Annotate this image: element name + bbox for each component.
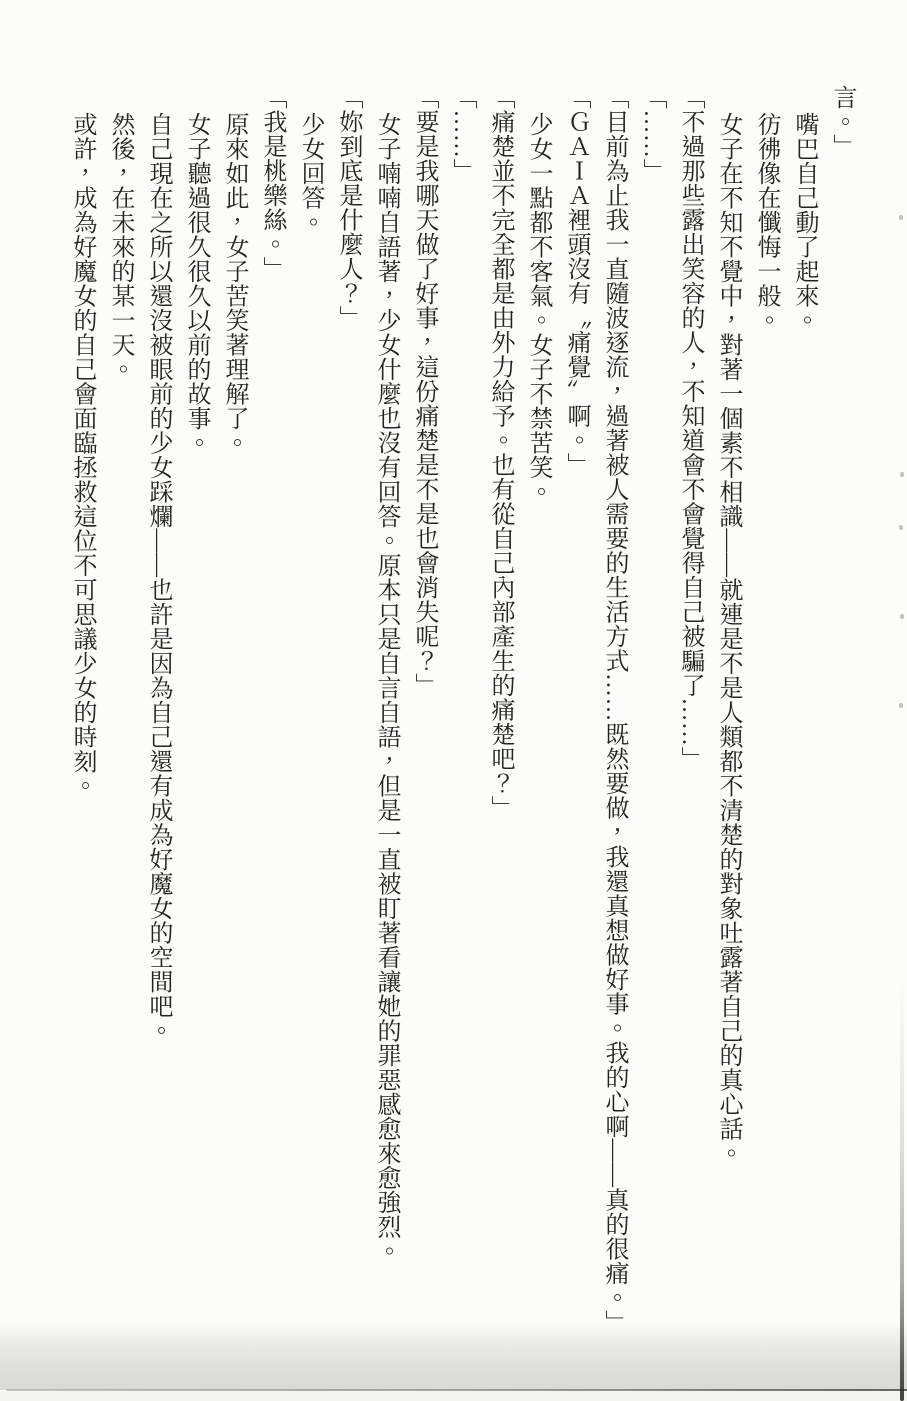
paragraph: 然後，在未來的某一天。 [101,85,139,1330]
paragraph: 自己現在之所以還沒被眼前的少女踩爛——也許是因為自己還有成為好魔女的空間吧。 [139,85,177,1330]
scan-speck [900,472,904,477]
paragraph: 女子喃喃自語著，少女什麼也沒有回答。原本只是自言自語，但是一直被盯著看讓她的罪惡… [367,85,405,1330]
paragraph: 彷彿像在懺悔一般。 [747,85,785,1330]
scan-speck [900,614,904,619]
paragraph: 「……」 [443,85,481,1330]
paragraph: 「要是我哪天做了好事，這份痛楚是不是也會消失呢？」 [405,85,443,1330]
paragraph: 「ＧＡＩＡ裡頭沒有〝痛覺〞啊。」 [557,85,595,1330]
paragraph: 「我是桃樂絲。」 [253,85,291,1330]
paragraph: 女子在不知不覺中，對著一個素不相識——就連是不是人類都不清楚的對象吐露著自己的真… [709,85,747,1330]
scan-speck [899,525,903,530]
scanned-page: 言。」嘴巴自己動了起來。彷彿像在懺悔一般。女子在不知不覺中，對著一個素不相識——… [0,0,907,1401]
paragraph: 「……」 [633,85,671,1330]
paragraph: 「不過那些露出笑容的人，不知道會不會覺得自己被騙了……」 [671,85,709,1330]
paragraph: 嘴巴自己動了起來。 [785,85,823,1330]
paragraph: 言。」 [823,85,861,1330]
scan-speck [899,703,903,708]
paragraph: 女子聽過很久很久以前的故事。 [177,85,215,1330]
scan-edge-line-right [900,980,904,1401]
paragraph: 「目前為止我一直隨波逐流，過著被人需要的生活方式……既然要做，我還真想做好事。我… [595,85,633,1330]
novel-text-block: 言。」嘴巴自己動了起來。彷彿像在懺悔一般。女子在不知不覺中，對著一個素不相識——… [63,85,861,1330]
paragraph: 「痛楚並不完全都是由外力給予。也有從自己內部產生的痛楚吧？」 [481,85,519,1330]
paragraph: 原來如此，女子苦笑著理解了。 [215,85,253,1330]
scan-shadow-bottom [0,1320,907,1390]
scan-speck [899,215,903,220]
paragraph: 少女一點都不客氣。女子不禁苦笑。 [519,85,557,1330]
scan-fade-bottom [0,1391,907,1401]
paragraph: 或許，成為好魔女的自己會面臨拯救這位不可思議少女的時刻。 [63,85,101,1330]
paragraph: 少女回答。 [291,85,329,1330]
paragraph: 「妳到底是什麼人？」 [329,85,367,1330]
